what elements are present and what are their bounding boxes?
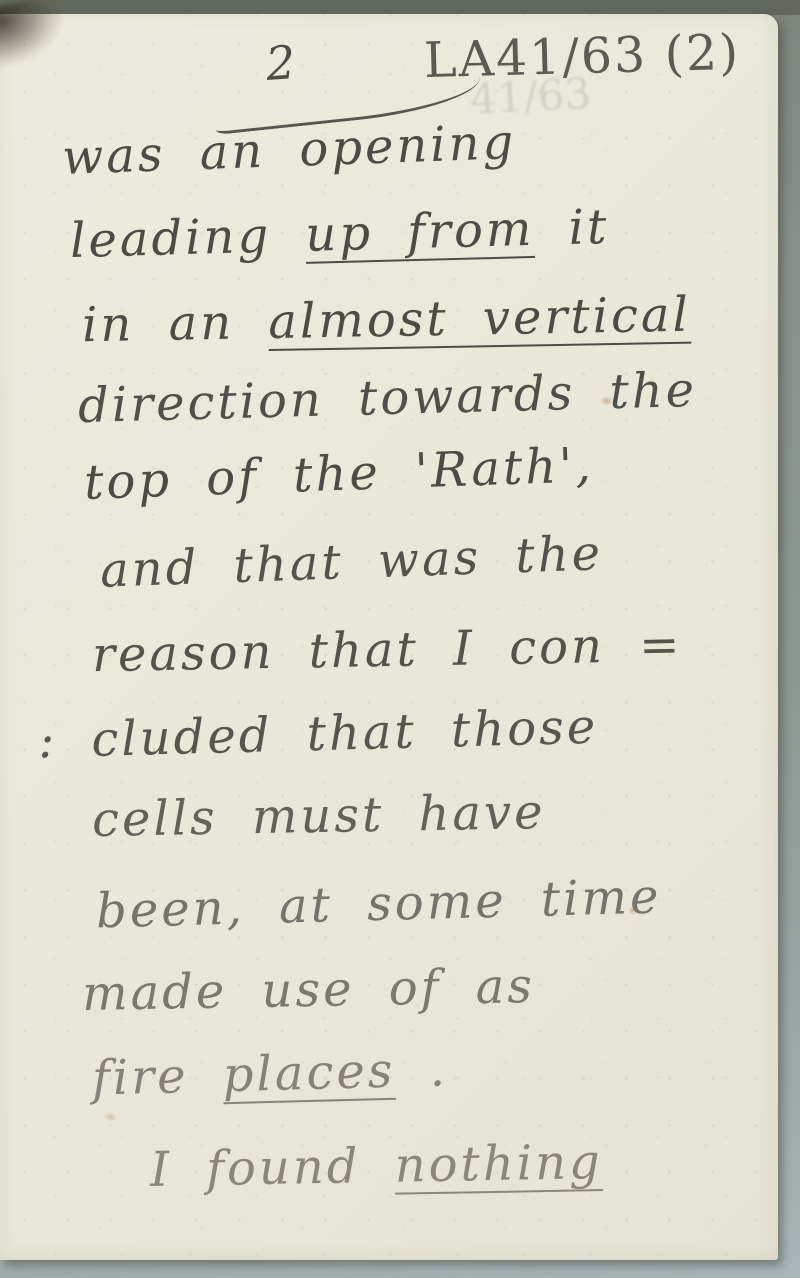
line-segment: made use of as — [82, 958, 536, 1022]
line-segment: direction towards the — [77, 362, 697, 434]
corner-smudge-stain — [0, 0, 69, 68]
line-segment: it — [534, 199, 610, 257]
line-segment: in an — [82, 294, 269, 353]
manuscript-line-12: fire places . — [91, 1045, 448, 1102]
manuscript-page: 41/63 2 LA41/63 (2) was an opening leadi… — [0, 14, 778, 1260]
manuscript-line-5: top of the 'Rath', — [83, 441, 594, 507]
line-segment: : cluded that those — [37, 699, 598, 770]
underlined-segment: places — [222, 1043, 396, 1103]
line-segment: and that was the — [99, 525, 604, 599]
backdrop-top-strip — [0, 0, 800, 15]
manuscript-line-7: reason that I con = — [92, 621, 683, 679]
manuscript-line-11: made use of as — [82, 962, 536, 1018]
manuscript-line-4: direction towards the — [77, 366, 697, 430]
manuscript-line-3: in an almost vertical — [82, 291, 692, 350]
line-segment: cells must have — [92, 784, 546, 848]
manuscript-line-8: : cluded that those — [37, 703, 598, 766]
line-segment: was an opening — [61, 114, 517, 186]
underlined-segment: nothing — [394, 1134, 603, 1194]
manuscript-line-6: and that was the — [99, 529, 603, 595]
line-segment: fire — [91, 1047, 223, 1106]
line-segment: reason that I con = — [92, 617, 683, 683]
page-number: 2 — [264, 35, 297, 91]
line-segment: top of the 'Rath', — [83, 437, 594, 511]
paper-stain-spot — [104, 1112, 117, 1122]
line-segment: . — [395, 1041, 449, 1098]
manuscript-line-10: been, at some time — [95, 873, 661, 936]
line-segment: been, at some time — [95, 869, 662, 940]
archive-reference: LA41/63 (2) — [423, 24, 741, 89]
underlined-segment: up from — [305, 201, 535, 263]
line-segment: leading — [69, 207, 306, 269]
line-segment: I found — [150, 1138, 396, 1198]
manuscript-line-1: was an opening — [61, 118, 517, 182]
manuscript-line-2: leading up from it — [69, 203, 609, 265]
underlined-segment: almost vertical — [268, 287, 691, 350]
manuscript-line-9: cells must have — [92, 788, 546, 844]
manuscript-line-13: I found nothing — [150, 1138, 603, 1194]
